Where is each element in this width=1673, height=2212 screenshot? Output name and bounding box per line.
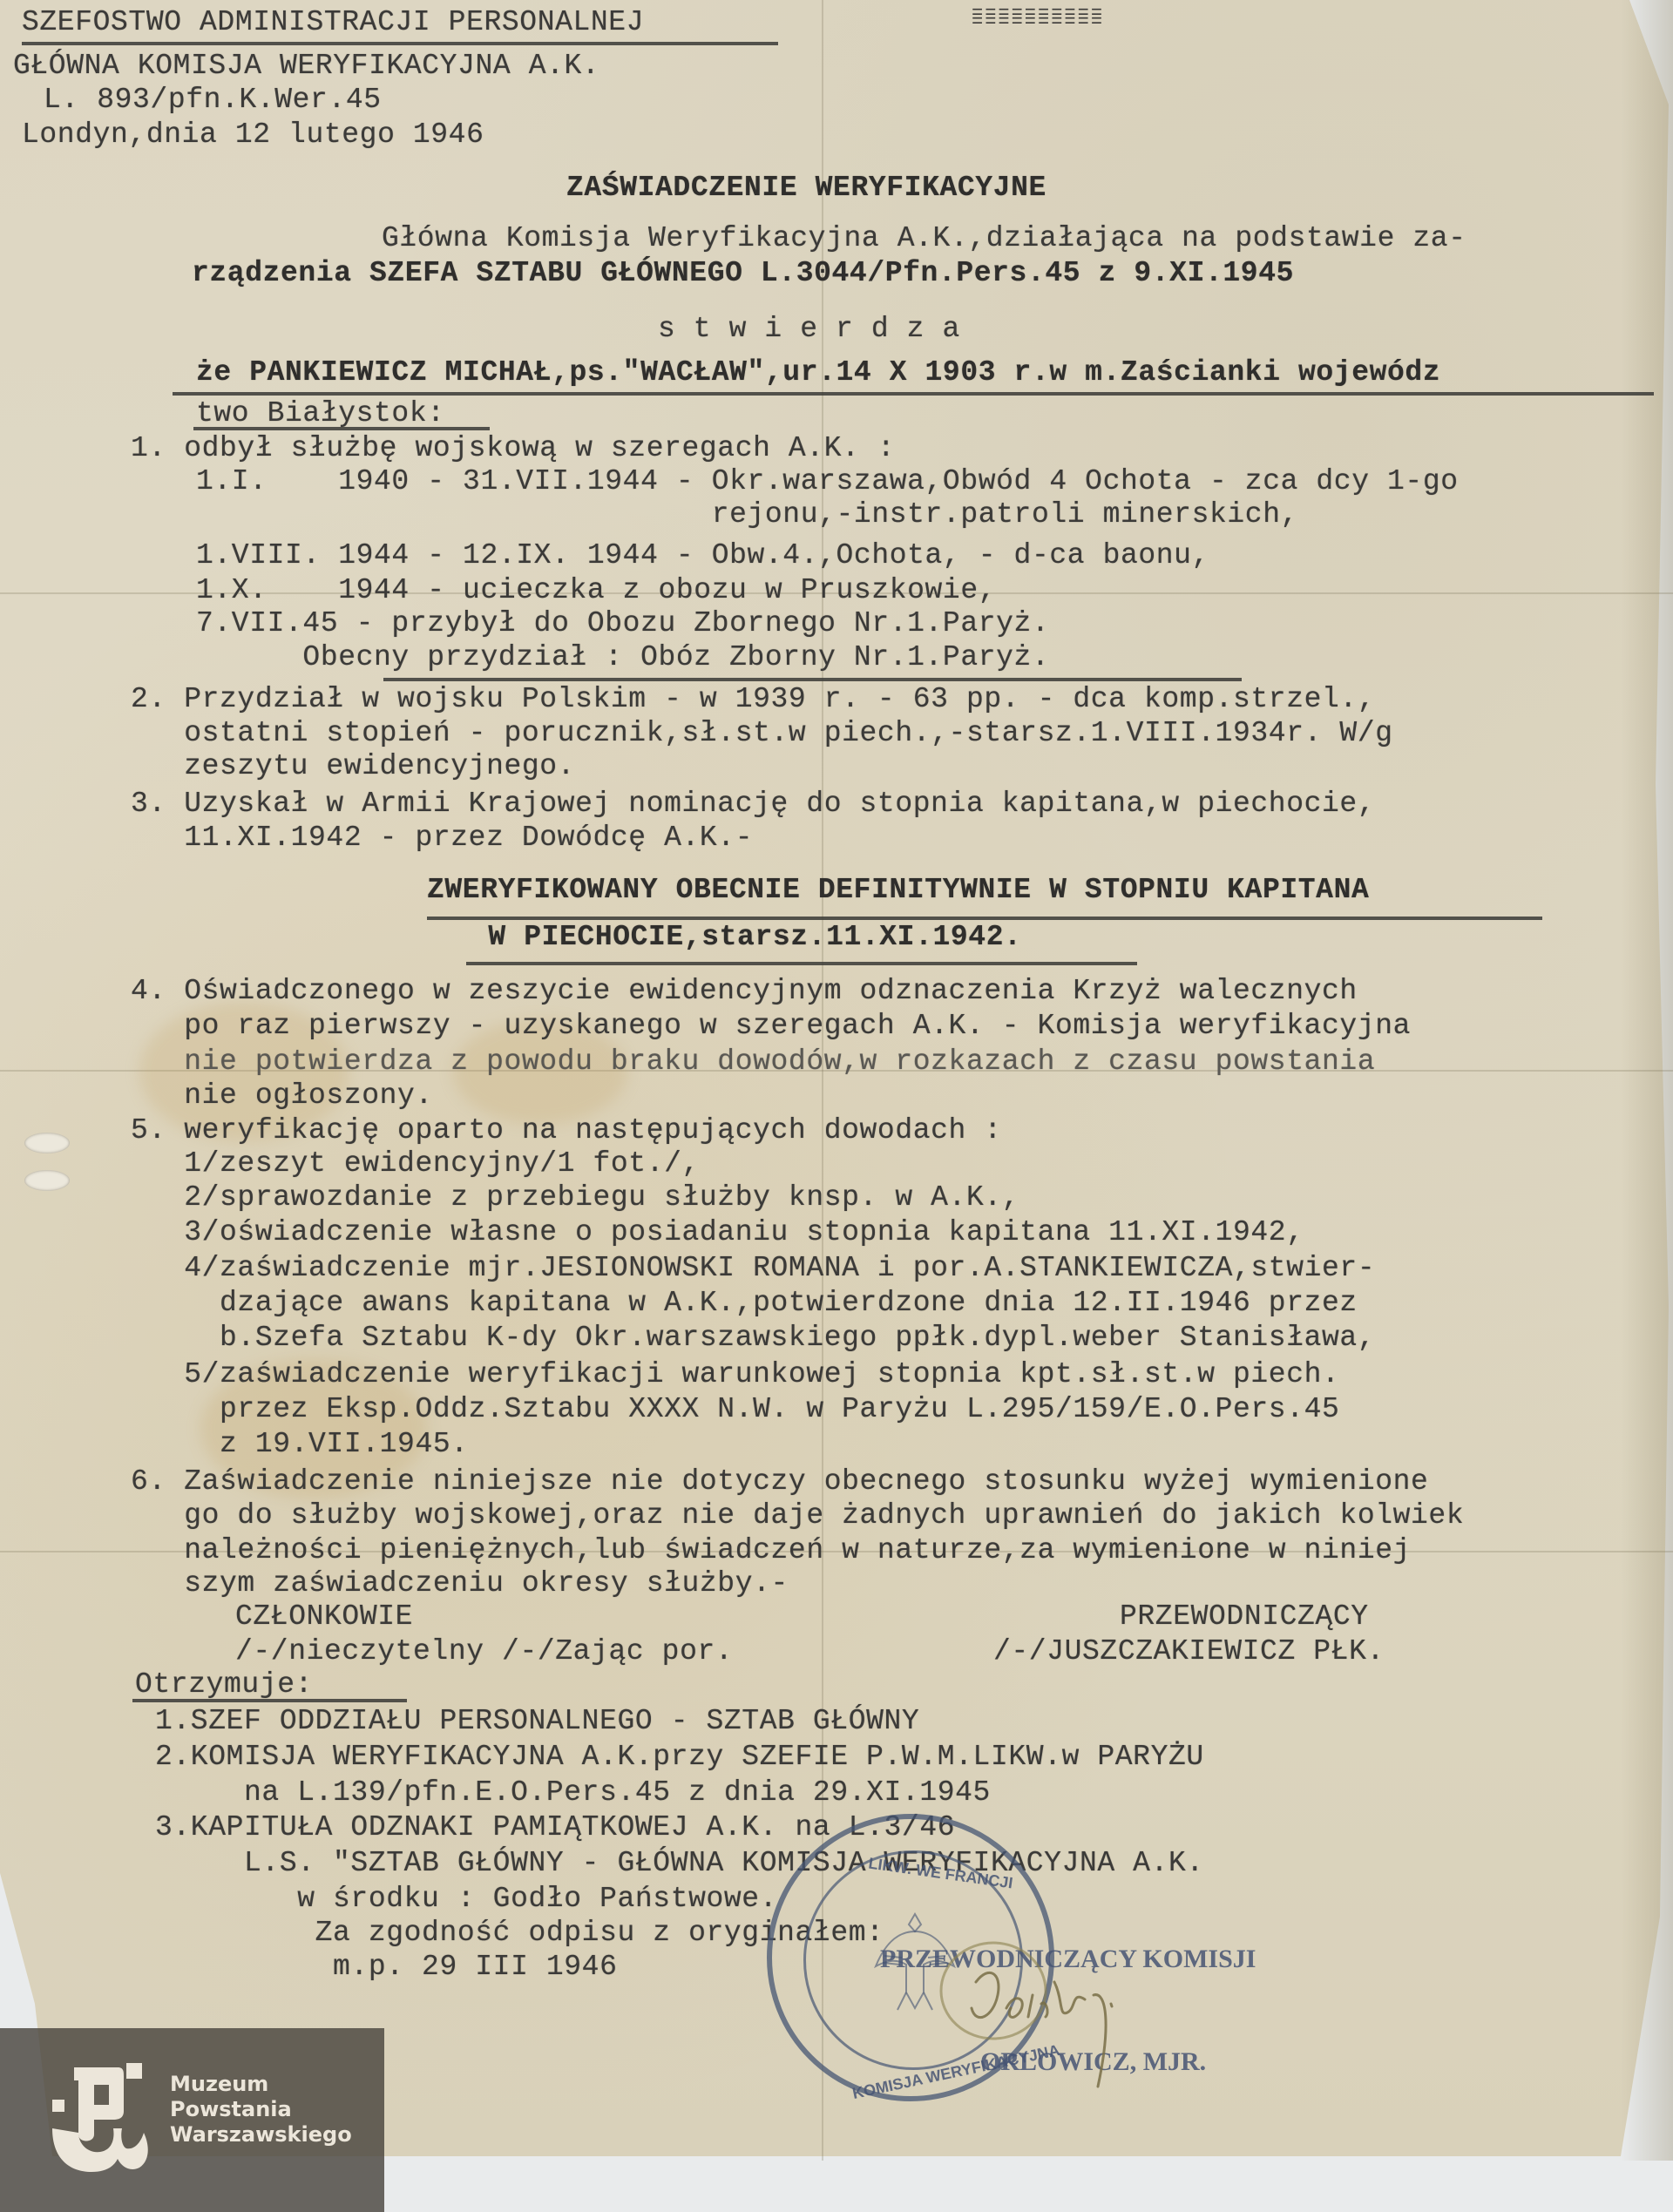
ministry-header: SZEFOSTWO ADMINISTRACJI PERSONALNEJ — [22, 7, 644, 38]
item-5-line: przez Eksp.Oddz.Sztabu XXXX N.W. w Paryż… — [131, 1394, 1339, 1425]
item-4-line: po raz pierwszy - uzyskanego w szeregach… — [131, 1011, 1411, 1042]
watermark-line-1: Muzeum — [170, 2072, 268, 2097]
distribution-line: m.p. 29 III 1946 — [155, 1952, 617, 1983]
museum-watermark: Muzeum Powstania Warszawskiego — [0, 2028, 384, 2212]
handwritten-signature-icon — [924, 1930, 1255, 2104]
item-5-line: 4/zaświadczenie mjr.JESIONOWSKI ROMANA i… — [131, 1253, 1375, 1284]
distribution-label: Otrzymuje: — [135, 1669, 313, 1701]
verified-rank-line-2: W PIECHOCIE,starsz.11.XI.1942. — [471, 922, 1022, 953]
item-1-row: 1.I. 1940 - 31.VII.1944 - Okr.warszawa,O… — [196, 466, 1459, 497]
item-6-line: należności pieniężnych,lub świadczeń w n… — [131, 1535, 1411, 1566]
verified-rank-line-1: ZWERYFIKOWANY OBECNIE DEFINITYWNIE W STO… — [427, 875, 1369, 906]
reference-number: L. 893/pfn.K.Wer.45 — [44, 85, 382, 116]
item-2-line: 2. Przydział w wojsku Polskim - w 1939 r… — [131, 684, 1375, 715]
item-2-line: ostatni stopień - porucznik,sł.st.w piec… — [131, 718, 1393, 749]
document-title: ZAŚWIADCZENIE WERYFIKACYJNE — [566, 172, 1046, 204]
item-5-line: dzające awans kapitana w A.K.,potwierdzo… — [131, 1288, 1358, 1319]
item-6-line: go do służby wojskowej,oraz nie daje żad… — [131, 1500, 1464, 1532]
intro-line-2: rządzenia SZEFA SZTABU GŁÓWNEGO L.3044/P… — [192, 258, 1294, 289]
verified-rule — [466, 962, 1137, 965]
item-5-line: 2/sprawozdanie z przebiegu służby knsp. … — [131, 1182, 1019, 1214]
item-5-line: 5. weryfikację oparto na następujących d… — [131, 1115, 1002, 1147]
verified-rule — [427, 917, 1542, 920]
assignment-rule — [383, 678, 1242, 681]
distribution-rule — [132, 1699, 407, 1702]
item-4-line: nie ogłoszony. — [131, 1080, 433, 1112]
chair-name: /-/JUSZCZAKIEWICZ PŁK. — [993, 1636, 1385, 1667]
distribution-line: L.S. "SZTAB GŁÓWNY - GŁÓWNA KOMISJA WERY… — [155, 1848, 1204, 1879]
chair-label: PRZEWODNICZĄCY — [1120, 1601, 1369, 1633]
subject-rule — [193, 427, 490, 430]
item-1-row: rejonu,-instr.patroli minerskich, — [196, 499, 1298, 531]
item-5-line: 1/zeszyt ewidencyjny/1 fot./, — [131, 1148, 700, 1180]
place-date: Londyn,dnia 12 lutego 1946 — [22, 119, 484, 151]
item-1-row: 1.X. 1944 - ucieczka z obozu w Pruszkowi… — [196, 575, 996, 606]
distribution-line: w środku : Godło Państwowe. — [155, 1884, 777, 1915]
item-1-row: 1.VIII. 1944 - 12.IX. 1944 - Obw.4.,Ocho… — [196, 540, 1209, 572]
intro-line-1: Główna Komisja Weryfikacyjna A.K.,działa… — [382, 223, 1466, 254]
item-1-row: Obecny przydział : Obóz Zborny Nr.1.Pary… — [196, 642, 1049, 673]
members-label: CZŁONKOWIE — [235, 1601, 413, 1633]
subject-rule — [173, 392, 1654, 396]
item-4-line: nie potwierdza z powodu braku dowodów,w … — [131, 1046, 1375, 1078]
affirms-heading: s t w i e r d z a — [658, 314, 960, 345]
item-6-line: 6. Zaświadczenie niniejsze nie dotyczy o… — [131, 1466, 1428, 1498]
subject-line-2: two Białystok: — [196, 398, 445, 430]
watermark-line-2: Powstania — [170, 2097, 292, 2122]
item-3-line: 3. Uzyskał w Armii Krajowej nominację do… — [131, 788, 1375, 820]
watermark-line-3: Warszawskiego — [170, 2122, 352, 2148]
distribution-line: 1.SZEF ODDZIAŁU PERSONALNEGO - SZTAB GŁÓ… — [155, 1706, 919, 1737]
members-names: /-/nieczytelny /-/Zając por. — [235, 1636, 733, 1667]
kotwica-anchor-logo-icon — [52, 2063, 148, 2172]
distribution-line: na L.139/pfn.E.O.Pers.45 z dnia 29.XI.19… — [155, 1777, 991, 1809]
distribution-line: 2.KOMISJA WERYFIKACYJNA A.K.przy SZEFIE … — [155, 1742, 1204, 1773]
item-5-line: 3/oświadczenie własne o posiadaniu stopn… — [131, 1217, 1304, 1248]
header-rule — [22, 42, 778, 45]
item-3-line: 11.XI.1942 - przez Dowódcę A.K.- — [131, 822, 753, 854]
subject-line-1: że PANKIEWICZ MICHAŁ,ps."WACŁAW",ur.14 X… — [196, 357, 1440, 389]
punch-hole — [24, 1170, 70, 1191]
separator-line: ========== — [972, 17, 1104, 28]
item-4-line: 4. Oświadczonego w zeszycie ewidencyjnym… — [131, 976, 1358, 1007]
punch-hole — [24, 1133, 70, 1153]
item-6-line: szym zaświadczeniu okresy służby.- — [131, 1568, 789, 1600]
paper-edge-shadow — [1621, 0, 1673, 2161]
item-5-line: b.Szefa Sztabu K-dy Okr.warszawskiego pp… — [131, 1322, 1375, 1354]
item-5-line: z 19.VII.1945. — [131, 1429, 469, 1460]
item-1-head: 1. odbył służbę wojskową w szeregach A.K… — [131, 433, 895, 464]
item-1-row: 7.VII.45 - przybył do Obozu Zbornego Nr.… — [196, 608, 1049, 639]
item-2-line: zeszytu ewidencyjnego. — [131, 751, 575, 782]
commission-header: GŁÓWNA KOMISJA WERYFIKACYJNA A.K. — [13, 51, 599, 82]
item-5-line: 5/zaświadczenie weryfikacji warunkowej s… — [131, 1359, 1339, 1390]
